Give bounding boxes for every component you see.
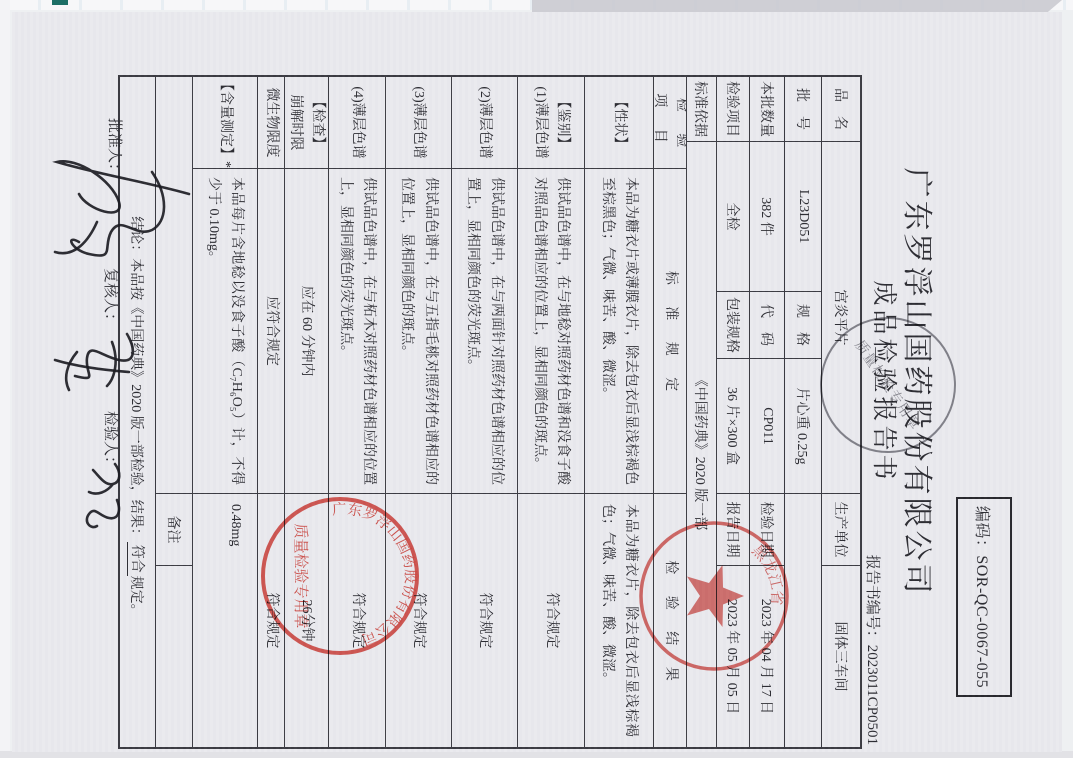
remark-value	[156, 566, 192, 747]
spec-text: 供试品色谱中，在与柘木对照药材色谱相应的位置上，显相同颜色的荧光斑点。	[329, 169, 385, 494]
svg-text:黑龙江省: 黑龙江省	[748, 542, 785, 605]
project-name: 【检查】	[307, 95, 329, 151]
production-unit-value: 固体三车间	[822, 566, 860, 747]
reviewer-signature	[55, 334, 133, 390]
scanner-bottom-edge	[0, 751, 1073, 758]
handwritten-signatures	[27, 102, 207, 572]
stamp-ring	[263, 499, 417, 653]
document-code: 编码：SOR-QC-0067-055	[973, 506, 996, 688]
result-row-id1: 【鉴别】 (1)薄层色谱 供试品色谱中，在与地稔对照药材色谱和没食子酸对照品色谱…	[517, 77, 584, 747]
scanner-registration-mark	[52, 0, 68, 5]
test-items-value: 全检	[717, 142, 749, 292]
scanner-left-edge	[0, 0, 10, 758]
star-icon	[687, 565, 744, 627]
result-row-id2: (2)薄层色谱 供试品色谱中，在与两面针对照药材色谱相应的位置上，显相同颜色的荧…	[451, 77, 517, 747]
project-subname: (2)薄层色谱	[474, 86, 496, 158]
inspector-signature	[87, 464, 119, 527]
standard-basis-label: 标准依据	[687, 77, 716, 142]
code-value: CP011	[750, 359, 784, 494]
grey-qc-stamp: 质量检验专用章	[820, 317, 956, 453]
svg-text:广东罗浮山国药股份有限公司: 广东罗浮山国药股份有限公司	[332, 501, 420, 648]
spec-text: 应符合规定	[258, 169, 284, 494]
spec-text: 本品为糖衣片或薄膜衣片，除去包衣后显浅棕褐色至棕黑色；气微、味苦、酸、微涩。	[585, 169, 653, 494]
project-subname: (1)薄层色谱	[529, 86, 551, 158]
conclusion-suffix: 规定。	[128, 576, 148, 618]
test-items-label: 检验项目	[717, 77, 749, 142]
result-text: 符合规定	[452, 494, 517, 747]
report-document: 编码：SOR-QC-0067-055 广东罗浮山国药股份有限公司 成品检验报告书…	[12, 12, 1062, 752]
stamp-arc-text: 广东罗浮山国药股份有限公司	[332, 501, 420, 648]
scanned-report-page: { "header": { "code": "编码：SOR-QC-0067-05…	[0, 0, 1073, 758]
product-name-label: 品 名	[822, 77, 860, 142]
red-company-stamp: 广东罗浮山国药股份有限公司 质量检验专用章	[258, 494, 422, 658]
production-unit-label: 生产单位	[822, 494, 860, 566]
project-subname: (3)薄层色谱	[408, 86, 430, 158]
spec-text: 供试品色谱中，在与五指毛桃对照药材色谱相应的位置上，显相同颜色的斑点。	[386, 169, 451, 494]
document-code-box: 编码：SOR-QC-0067-055	[956, 497, 1012, 697]
spec-value: 片心重 0.25g	[785, 359, 821, 494]
batch-qty-label: 本批数量	[750, 77, 784, 142]
spec-text: 供试品色谱中，在与两面针对照药材色谱相应的位置上，显相同颜色的荧光斑点。	[452, 169, 517, 494]
approver-signature	[55, 161, 189, 255]
batch-no-value: L23D051	[785, 142, 821, 292]
project-subname: 微生物限度	[260, 88, 282, 158]
project-subname: (4)薄层色谱	[346, 86, 368, 158]
red-star-stamp: 黑龙江省	[636, 518, 792, 674]
spec-text: 应在 60 分钟内	[285, 169, 328, 494]
code-label: 代 码	[750, 292, 784, 359]
spec-text: 供试品色谱中，在与地稔对照药材色谱和没食子酸对照品色谱相应的位置上，显相同颜色的…	[518, 169, 584, 494]
project-name: 【性状】	[608, 95, 630, 151]
spec-label: 规 格	[785, 292, 821, 359]
project-name: 【鉴别】	[551, 95, 573, 151]
package-spec-value: 36 片×300 盒	[717, 359, 749, 494]
col-header-project: 检 验 项 目	[654, 77, 686, 169]
project-name: 【含量测定】*	[214, 77, 236, 168]
package-spec-label: 包装规格	[717, 292, 749, 359]
result-text: 符合规定	[518, 494, 584, 747]
stamp-arc-text: 黑龙江省	[748, 542, 785, 605]
stamp-line-text: 质量检验专用章	[292, 523, 310, 628]
batch-qty-value: 382 件	[750, 142, 784, 292]
col-header-spec: 标 准 规 定	[654, 169, 686, 494]
project-subname: 崩解时限	[285, 95, 307, 151]
batch-no-label: 批 号	[785, 77, 821, 142]
